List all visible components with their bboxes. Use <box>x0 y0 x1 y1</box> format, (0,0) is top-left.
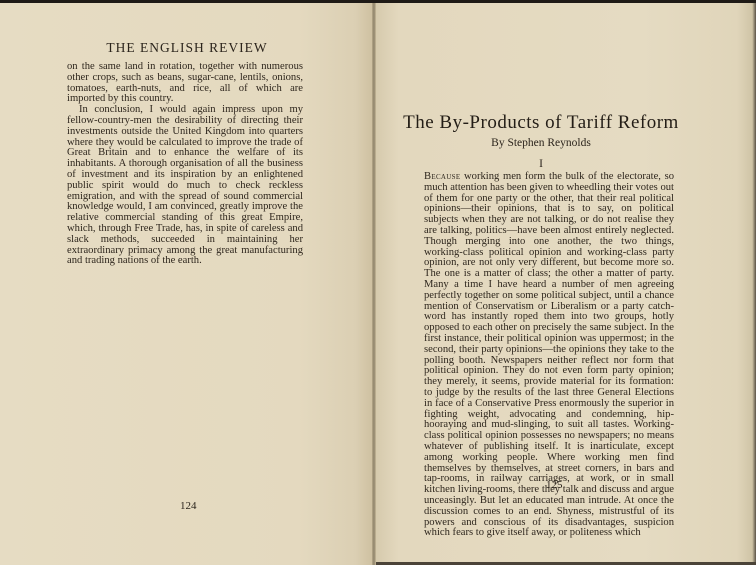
running-head: THE ENGLISH REVIEW <box>0 40 374 56</box>
book-spread: THE ENGLISH REVIEW on the same land in r… <box>0 0 756 565</box>
paragraph: on the same land in rotation, together w… <box>67 62 303 105</box>
article-title: The By-Products of Tariff Reform <box>376 112 706 134</box>
section-number: I <box>376 158 706 170</box>
paragraph: In conclusion, I would again impress upo… <box>67 105 303 267</box>
article-byline: By Stephen Reynolds <box>376 137 706 149</box>
page-number-right: 125 <box>546 479 563 491</box>
page-number-left: 124 <box>180 500 197 512</box>
lead-word: Because <box>424 171 460 182</box>
left-page-body: on the same land in rotation, together w… <box>67 62 303 267</box>
